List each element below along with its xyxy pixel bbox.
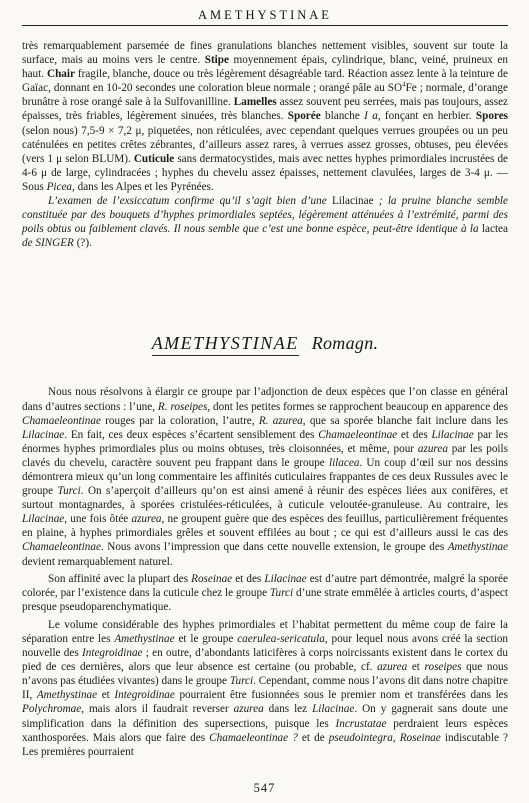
page-footer: 547 [0,781,529,796]
running-header-title: AMETHYSTINAE [22,8,508,23]
paragraph-separation-discussion: Le volume considérable des hyphes primor… [22,618,508,759]
running-header: AMETHYSTINAE [22,8,508,26]
paragraph-species-description: très remarquablement parsemée de fines g… [22,39,508,194]
paragraph-exsiccatum-note: L’examen de l’exsiccatum confirme qu’il … [22,194,508,250]
section-heading-title: AMETHYSTINAE [152,333,299,356]
section-heading: AMETHYSTINAERomagn. [22,332,508,354]
paragraph-group-extension: Nous nous résolvons à élargir ce groupe … [22,385,508,568]
section-heading-author: Romagn. [312,333,379,353]
paragraph-affinity: Son affinité avec la plupart des Roseina… [22,572,508,614]
page-body: très remarquablement parsemée de fines g… [22,39,508,759]
page-number: 547 [254,781,276,795]
book-page: AMETHYSTINAE très remarquablement parsem… [0,0,529,803]
header-rule [22,25,508,26]
